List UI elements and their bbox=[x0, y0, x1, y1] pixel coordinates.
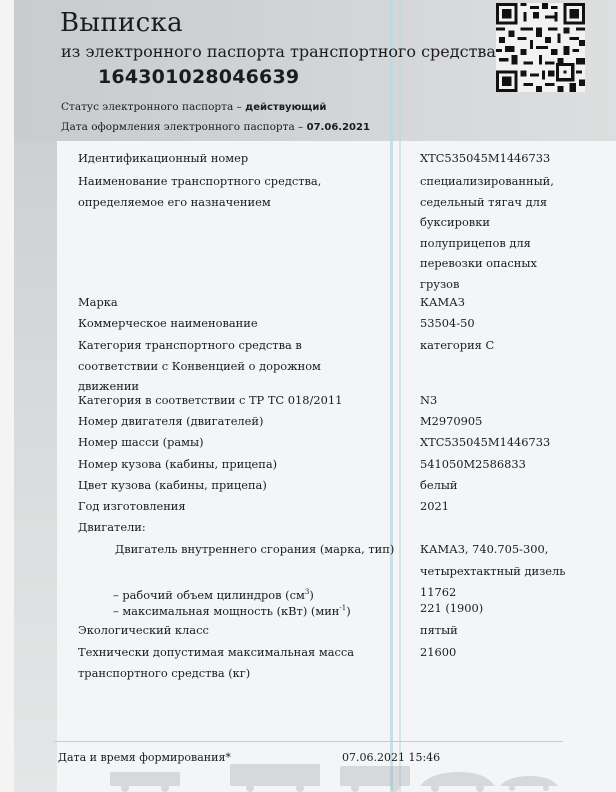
field-value-tr-category: N3 bbox=[420, 390, 570, 411]
field-label-max-power: – максимальная мощность (кВт) (мин-1) bbox=[113, 600, 413, 620]
field-label-chassis-number: Номер шасси (рамы) bbox=[78, 432, 378, 453]
field-value-max-mass: 21600 bbox=[420, 642, 570, 663]
engines-heading: Двигатели: bbox=[78, 517, 378, 538]
qr-code-icon bbox=[496, 3, 585, 92]
page-margin bbox=[0, 0, 14, 792]
status-label: Статус электронного паспорта – bbox=[61, 101, 245, 113]
field-label-year: Год изготовления bbox=[78, 496, 378, 517]
field-value-year: 2021 bbox=[420, 496, 570, 517]
generated-datetime-label: Дата и время формирования* bbox=[58, 751, 231, 764]
field-value-body-color: белый bbox=[420, 475, 570, 496]
field-value-commercial-name: 53504-50 bbox=[420, 313, 570, 334]
field-value-engine-number: M2970905 bbox=[420, 411, 570, 432]
issue-date-line: Дата оформления электронного паспорта – … bbox=[61, 121, 370, 133]
field-value-max-power: 221 (1900) bbox=[420, 600, 570, 617]
field-value-body-number: 541050M2586833 bbox=[420, 454, 570, 475]
left-band bbox=[14, 141, 57, 792]
field-value-brand: КАМАЗ bbox=[420, 292, 570, 313]
field-label-max-mass: Технически допустимая максимальная масса… bbox=[78, 642, 358, 683]
field-value-displacement: 11762 bbox=[420, 584, 570, 601]
footer-divider bbox=[54, 741, 563, 742]
status-value: действующий bbox=[245, 102, 326, 113]
field-value-ice-line2: четырехтактный дизель bbox=[420, 561, 610, 582]
field-label-vin: Идентификационный номер bbox=[78, 148, 378, 169]
generated-datetime-value: 07.06.2021 15:46 bbox=[342, 751, 440, 764]
field-label-brand: Марка bbox=[78, 292, 378, 313]
field-label-convention-category: Категория транспортного средства в соотв… bbox=[78, 335, 358, 397]
field-value-ice-line1: КАМАЗ, 740.705-300, bbox=[420, 539, 610, 560]
field-value-eco-class: пятый bbox=[420, 620, 570, 641]
field-label-body-number: Номер кузова (кабины, прицепа) bbox=[78, 454, 378, 475]
field-value-vin: XTC535045M1446733 bbox=[420, 148, 570, 169]
field-value-convention-category: категория С bbox=[420, 335, 570, 356]
field-label-commercial-name: Коммерческое наименование bbox=[78, 313, 378, 334]
field-label-ice: Двигатель внутреннего сгорания (марка, т… bbox=[115, 539, 405, 560]
field-label-engine-number: Номер двигателя (двигателей) bbox=[78, 411, 378, 432]
field-label-body-color: Цвет кузова (кабины, прицепа) bbox=[78, 475, 378, 496]
passport-number: 164301028046639 bbox=[98, 66, 299, 88]
document-subtitle: из электронного паспорта транспортного с… bbox=[61, 42, 496, 61]
field-label-eco-class: Экологический класс bbox=[78, 620, 378, 641]
document-title: Выписка bbox=[60, 8, 183, 38]
issue-date-label: Дата оформления электронного паспорта – bbox=[61, 121, 307, 133]
field-value-chassis-number: XTC535045M1446733 bbox=[420, 432, 570, 453]
field-label-vehicle-name: Наименование транспортного средства, опр… bbox=[78, 171, 368, 212]
status-line: Статус электронного паспорта – действующ… bbox=[61, 101, 326, 113]
watermark-line bbox=[390, 0, 393, 792]
field-label-tr-category: Категория в соответствии с ТР ТС 018/201… bbox=[78, 390, 378, 411]
field-value-vehicle-name: специализированный, седельный тягач для … bbox=[420, 171, 560, 294]
watermark-line bbox=[399, 0, 401, 792]
issue-date-value: 07.06.2021 bbox=[307, 122, 370, 133]
vehicles-watermark-icon bbox=[50, 760, 570, 792]
